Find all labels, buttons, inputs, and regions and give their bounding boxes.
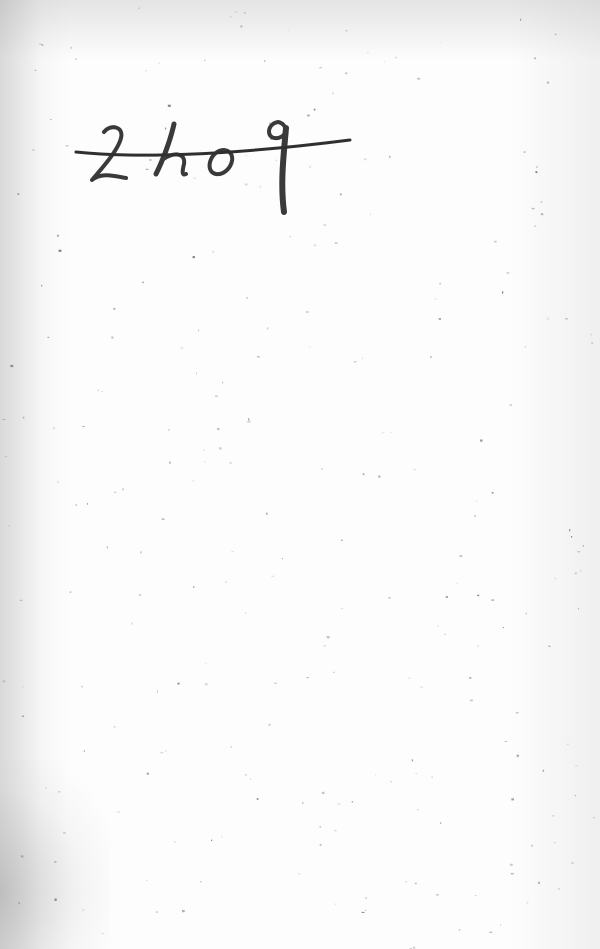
handwritten-number: 2409 — [74, 112, 354, 222]
scanned-page: 2409 — [0, 0, 600, 949]
